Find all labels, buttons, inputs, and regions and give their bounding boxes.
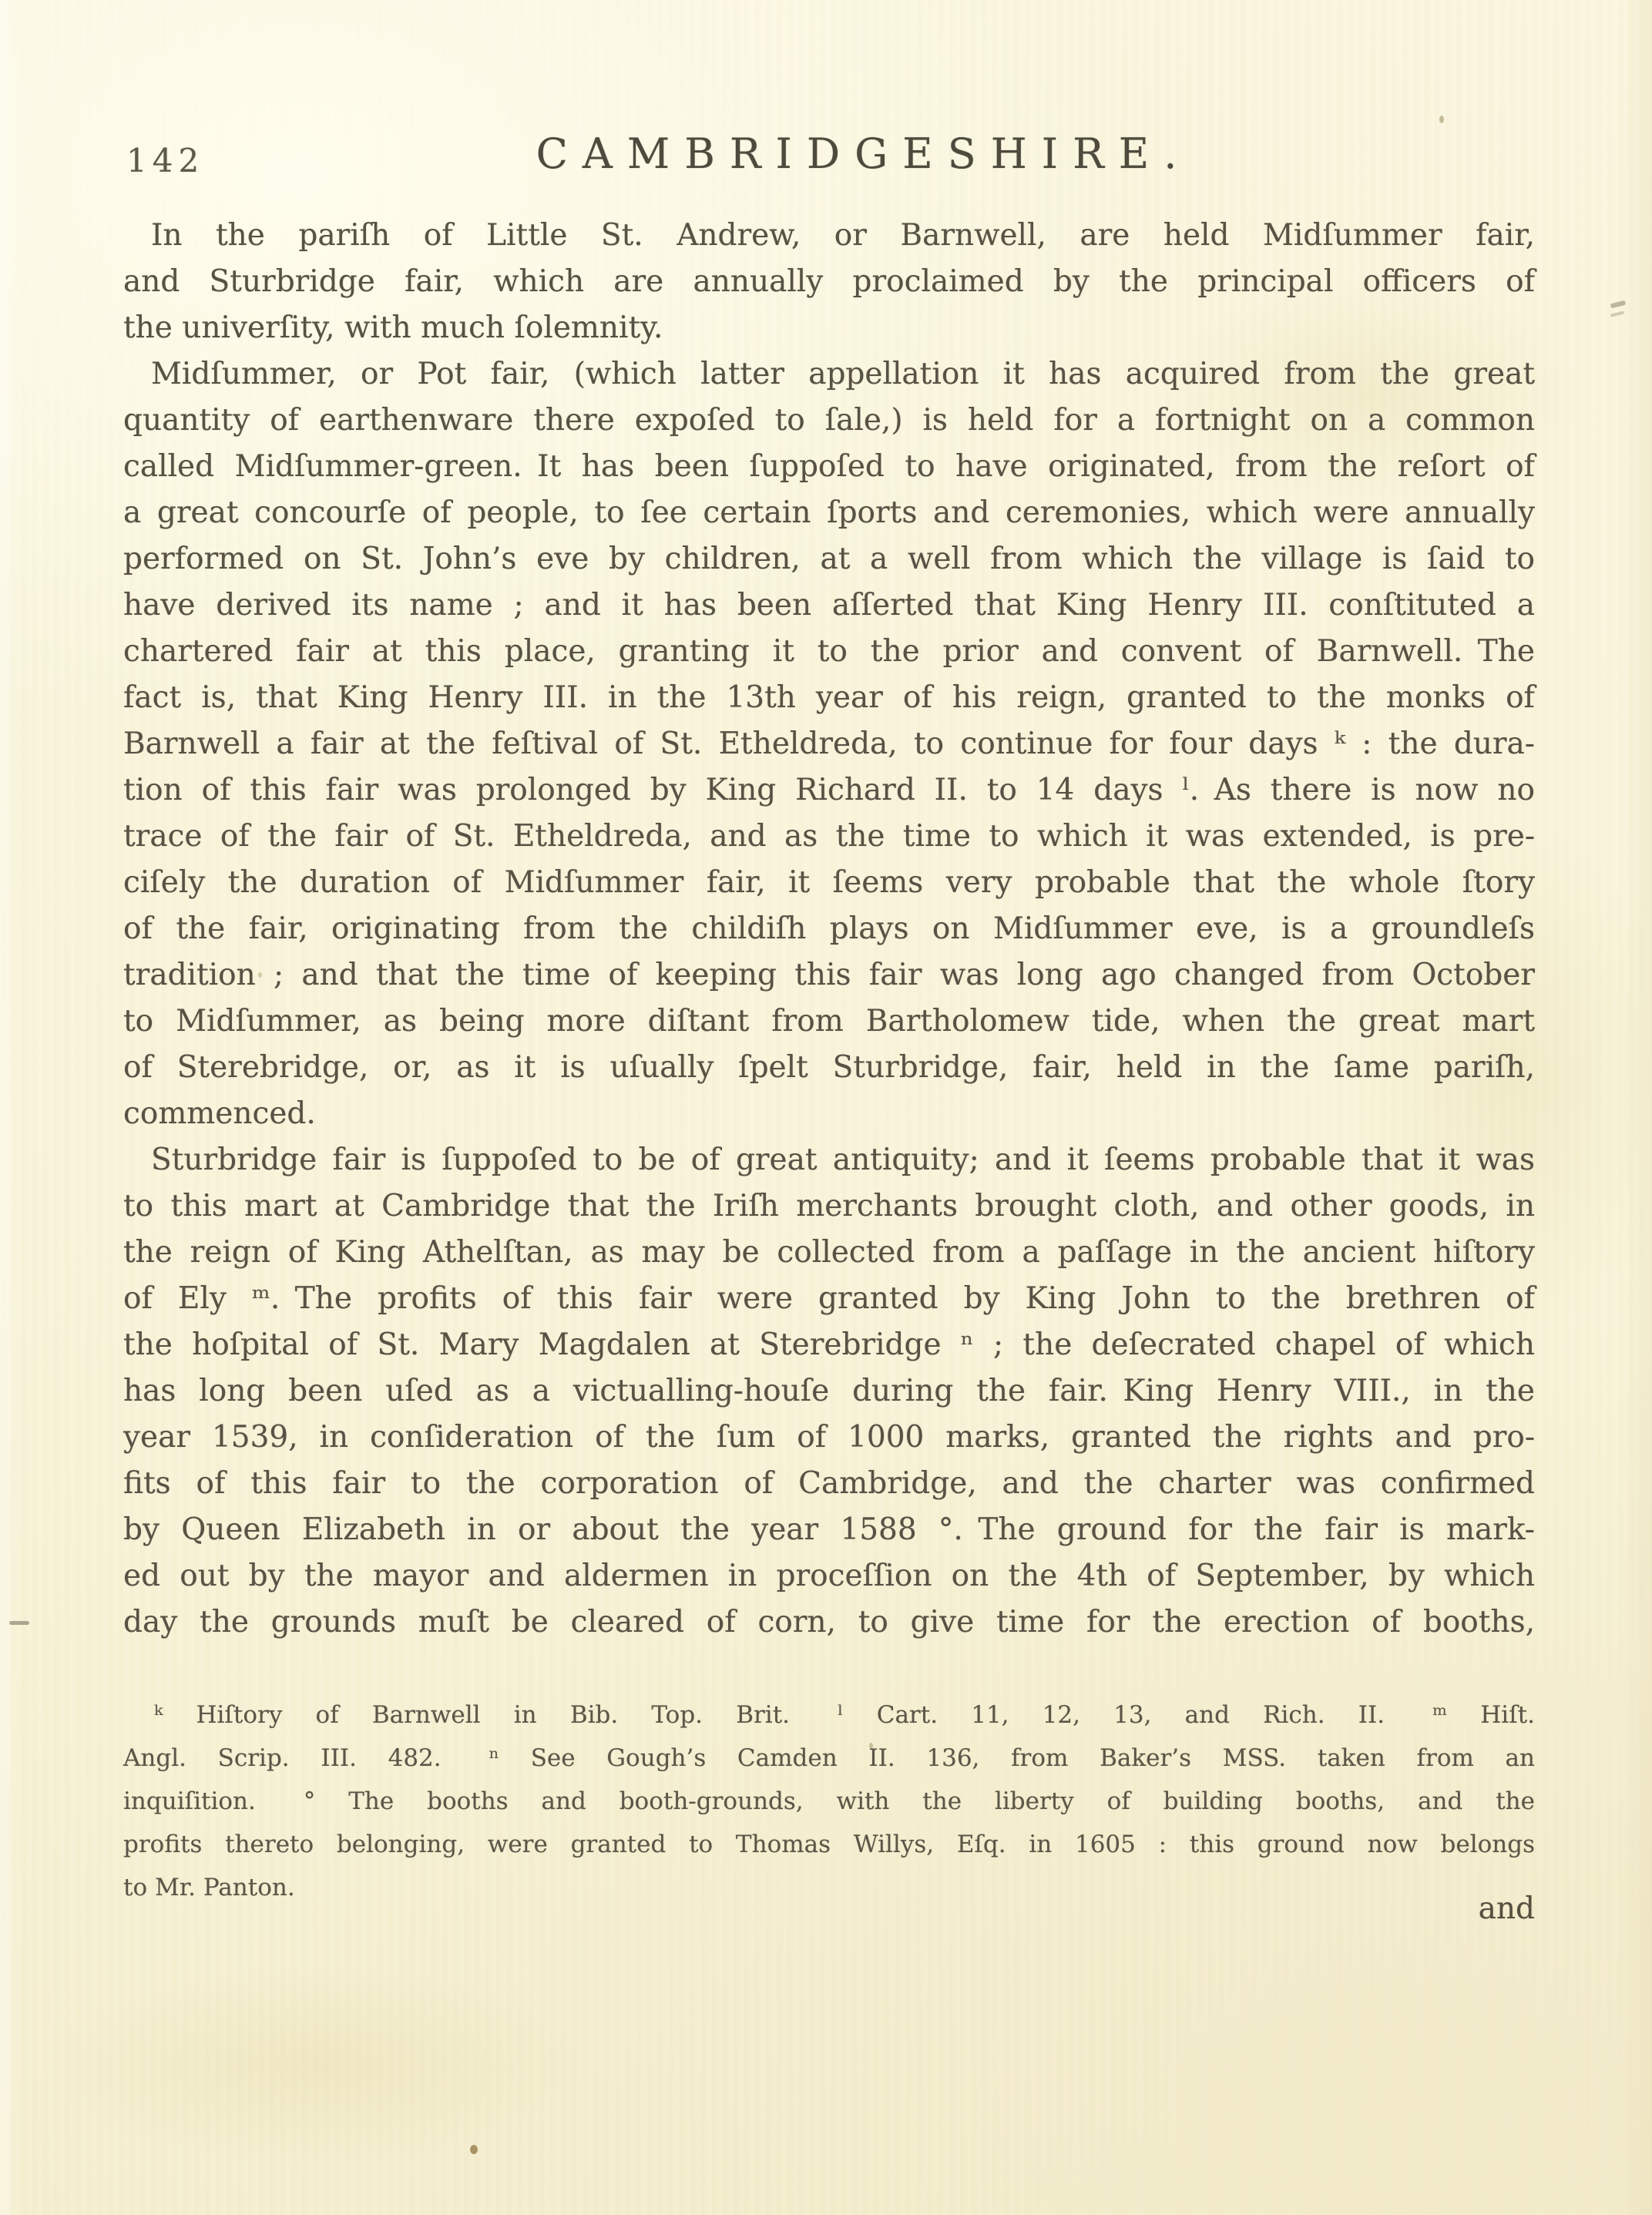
text-line: of Sterebridge, or, as it is uſually ſpe… [123, 1045, 1535, 1091]
running-head: 142 CAMBRIDGESHIRE. [123, 129, 1535, 183]
text-line: of the fair, originating from the childi… [123, 906, 1535, 952]
text-line: ed out by the mayor and aldermen in proc… [123, 1553, 1535, 1599]
text-line: ciſely the duration of Midſummer fair, i… [123, 860, 1535, 906]
text-line: fits of this fair to the corporation of … [123, 1461, 1535, 1507]
text-line: trace of the fair of St. Etheldreda, and… [123, 814, 1535, 860]
text-line: Midſummer, or Pot fair, (which latter ap… [123, 351, 1535, 398]
text-line: quantity of earthenware there expoſed to… [123, 398, 1535, 444]
footnotes: ᵏ Hiſtory of Barnwell in Bib. Top. Brit.… [123, 1693, 1535, 1909]
text-line: day the grounds muſt be cleared of corn,… [123, 1599, 1535, 1646]
scanned-book-page: { "page": { "number": "142", "header": "… [0, 0, 1652, 2215]
scan-speck [1439, 116, 1444, 123]
text-line: by Queen Elizabeth in or about the year … [123, 1507, 1535, 1553]
text-line: to this mart at Cambridge that the Iriſh… [123, 1183, 1535, 1230]
text-line: called Midſummer-green. It has been ſupp… [123, 444, 1535, 490]
text-line: and Sturbridge fair, which are annually … [123, 259, 1535, 305]
paper-stain [46, 1965, 586, 2165]
text-line: commenced. [123, 1091, 1535, 1137]
text-line: of Ely ᵐ. The profits of this fair were … [123, 1276, 1535, 1322]
text-line: have derived its name ; and it has been … [123, 582, 1535, 629]
text-line: Sturbridge fair is ſuppoſed to be of gre… [123, 1137, 1535, 1183]
text-line: ᵏ Hiſtory of Barnwell in Bib. Top. Brit.… [123, 1693, 1535, 1737]
scan-speck [470, 2145, 478, 2154]
text-line: the univerſity, with much ſolemnity. [123, 305, 1535, 351]
text-line: Barnwell a fair at the feſtival of St. E… [123, 721, 1535, 767]
text-line: profits thereto belonging, were granted … [123, 1823, 1535, 1866]
text-line: tion of this fair was prolonged by King … [123, 767, 1535, 814]
text-line: tradition ; and that the time of keeping… [123, 952, 1535, 998]
text-line: chartered fair at this place, granting i… [123, 629, 1535, 675]
text-line: inquiſition. ° The booths and booth-grou… [123, 1780, 1535, 1823]
text-line: the reign of King Athelſtan, as may be c… [123, 1230, 1535, 1276]
catchword: and [123, 1891, 1535, 1926]
text-line: Angl. Scrip. III. 482. ⁿ See Gough’s Cam… [123, 1737, 1535, 1780]
page-title: CAMBRIDGESHIRE. [123, 129, 1535, 178]
margin-mark [1610, 300, 1627, 309]
text-line: In the pariſh of Little St. Andrew, or B… [123, 213, 1535, 259]
text-line: the hoſpital of St. Mary Magdalen at Ste… [123, 1322, 1535, 1368]
text-line: to Midſummer, as being more diſtant from… [123, 998, 1535, 1045]
text-line: fact is, that King Henry III. in the 13t… [123, 675, 1535, 721]
text-line: has long been uſed as a victualling-houſ… [123, 1368, 1535, 1415]
text-line: performed on St. John’s eve by children,… [123, 536, 1535, 582]
text-line: year 1539, in conſideration of the ſum o… [123, 1415, 1535, 1461]
margin-mark [9, 1621, 29, 1625]
text-line: a great concourſe of people, to ſee cert… [123, 490, 1535, 536]
main-text: In the pariſh of Little St. Andrew, or B… [123, 213, 1535, 1646]
